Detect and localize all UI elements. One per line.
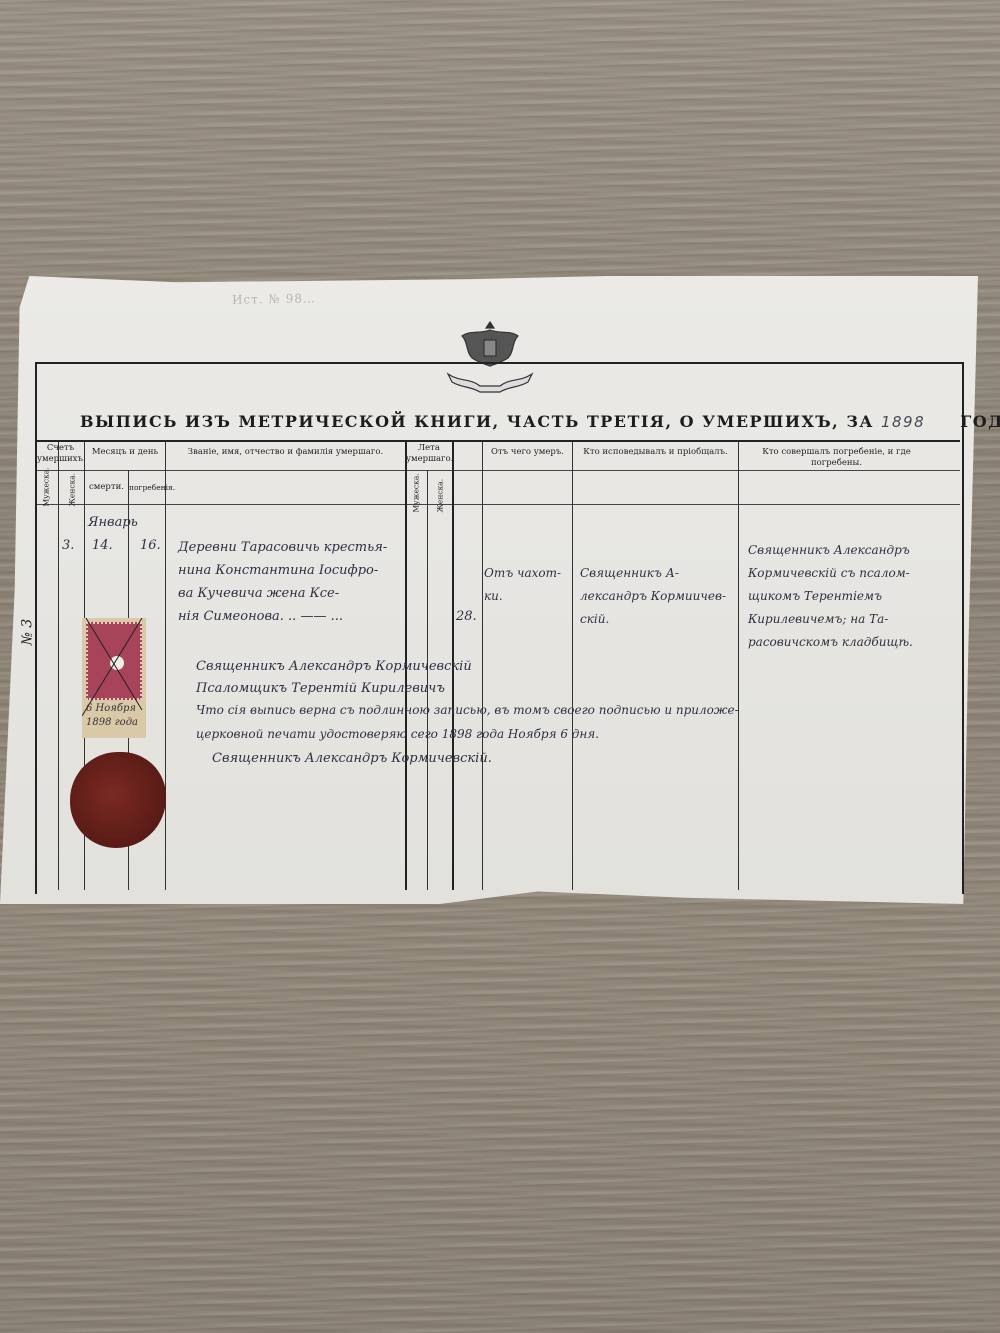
record-cause-line-1: Отъ чахот- xyxy=(484,563,561,584)
record-name-line-3: ва Кучевича жена Ксе- xyxy=(178,583,339,604)
title-year: 1898 xyxy=(881,413,925,431)
header-name: Званіе, имя, отчество и фамилія умершаго… xyxy=(166,447,405,458)
record-day-burial: 16. xyxy=(140,535,161,556)
record-cause-line-2: ки. xyxy=(484,586,503,607)
cert-line-4: церковной печати удостоверяю сего 1898 г… xyxy=(196,724,599,745)
record-name-line-4: нія Симеонова. .. —— ... xyxy=(178,606,343,627)
record-name-line-1: Деревни Тарасовичь крестья- xyxy=(178,537,387,558)
header-age-female: Женска. xyxy=(436,473,445,513)
header-cause: Отъ чего умеръ. xyxy=(483,447,572,458)
header-date-death: смерти. xyxy=(85,482,128,493)
record-burial-line-4: Кирилевичемъ; на Та- xyxy=(748,609,888,630)
title-rule xyxy=(37,440,960,442)
cert-line-2: Псаломщикъ Терентій Кирилевичъ xyxy=(196,678,445,699)
header-date: Месяцъ и день xyxy=(85,447,165,458)
record-burial-line-2: Кормичевскій съ псалом- xyxy=(748,563,910,584)
header-rule-1 xyxy=(37,470,960,471)
header-count-female: Женска. xyxy=(68,467,77,507)
record-burial-line-3: щикомъ Терентіемъ xyxy=(748,586,882,607)
faded-archive-stamp: Ист. № 98… xyxy=(232,291,316,306)
stamp-cancellation: 6 Ноября 1898 года xyxy=(86,702,138,730)
header-confessor: Кто исповедывалъ и пріобщалъ. xyxy=(573,447,738,458)
record-name-line-2: нина Константина Іосифро- xyxy=(178,560,378,581)
header-burial: Кто совершалъ погребеніе, и где погребен… xyxy=(739,447,934,469)
record-confessor-line-2: лександръ Кормиичев- xyxy=(580,586,726,607)
header-count: Счетъ умершихъ. xyxy=(37,443,84,465)
document-title: ВЫПИСЬ ИЗЪ МЕТРИЧЕСКОЙ КНИГИ, ЧАСТЬ ТРЕТ… xyxy=(80,412,940,438)
header-date-burial: погребенія. xyxy=(129,482,165,493)
record-confessor-line-1: Священникъ А- xyxy=(580,563,679,584)
record-count-female: 3. xyxy=(62,535,74,556)
record-age-female: 28. xyxy=(456,606,477,627)
header-age-male: Мужеска. xyxy=(412,473,421,513)
record-day-death: 14. xyxy=(92,535,113,556)
cert-line-5: Священникъ Александръ Кормичевскій. xyxy=(212,748,492,769)
header-rule-2 xyxy=(37,504,960,505)
record-side-number: № 3 xyxy=(19,619,35,646)
title-prefix: ВЫПИСЬ ИЗЪ МЕТРИЧЕСКОЙ КНИГИ, ЧАСТЬ ТРЕТ… xyxy=(80,412,874,431)
header-count-male: Мужеска. xyxy=(42,467,51,507)
cert-line-3: Что сія выпись верна съ подлинною запись… xyxy=(196,700,739,721)
record-burial-line-5: расовичскомъ кладбищѣ. xyxy=(748,632,913,653)
revenue-stamp: 6 Ноября 1898 года xyxy=(82,618,146,738)
cert-line-1: Священникъ Александръ Кормичевскій xyxy=(196,656,472,677)
header-age: Лета умершаго. xyxy=(406,443,452,465)
record-burial-line-1: Священникъ Александръ xyxy=(748,540,910,561)
record-month: Январь xyxy=(88,512,138,533)
record-confessor-line-3: скій. xyxy=(580,609,609,630)
title-suffix: ГОДЪ. xyxy=(960,412,1000,431)
